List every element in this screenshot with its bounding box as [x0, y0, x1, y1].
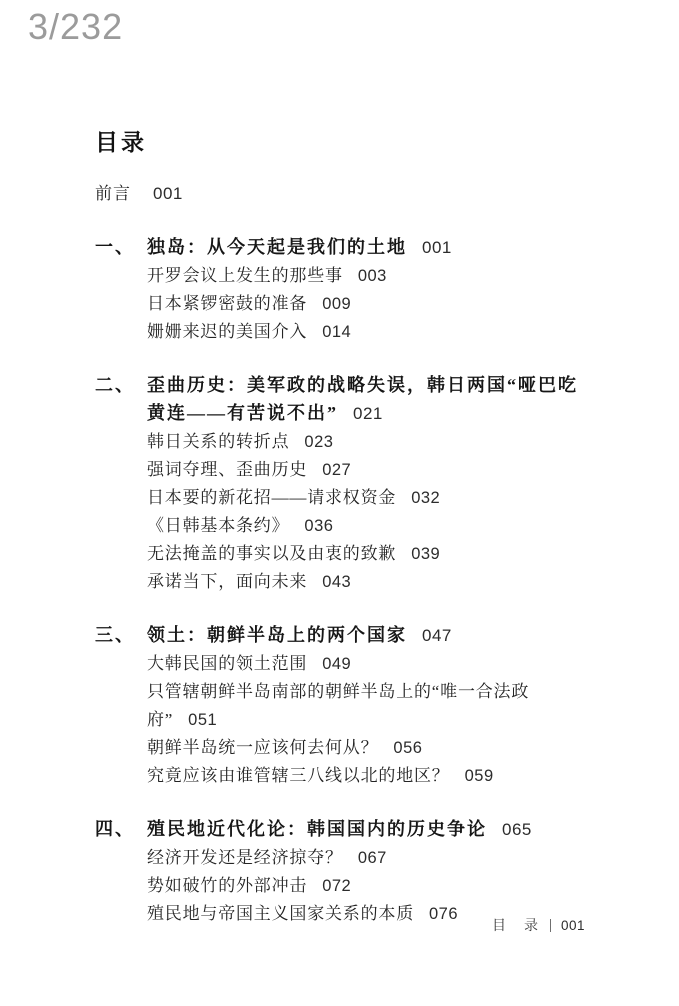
footer-running-title: 目 录 [492, 915, 540, 935]
toc-item: 无法掩盖的事实以及由衷的致歉039 [147, 540, 589, 568]
toc-item-page-number: 039 [411, 545, 440, 563]
toc-item-label: 经济开发还是经济掠夺？ [147, 848, 343, 867]
toc-section: 四、殖民地近代化论：韩国国内的历史争论065经济开发还是经济掠夺？067势如破竹… [95, 815, 589, 928]
toc-item-label: 究竟应该由谁管辖三八线以北的地区？ [147, 766, 450, 785]
section-item-list: 韩日关系的转折点023强词夺理、歪曲历史027日本要的新花招——请求权资金032… [95, 428, 589, 596]
toc-item: 大韩民国的领土范围049 [147, 650, 589, 678]
section-number: 一、 [95, 233, 147, 261]
toc-item: 承诺当下，面向未来043 [147, 568, 589, 596]
toc-item: 只管辖朝鲜半岛南部的朝鲜半岛上的“唯一合法政府”051 [147, 678, 589, 734]
toc-item-page-number: 076 [429, 905, 458, 923]
footer-divider [550, 919, 551, 932]
toc-item: 强词夺理、歪曲历史027 [147, 456, 589, 484]
toc-item: 日本紧锣密鼓的准备009 [147, 290, 589, 318]
toc-item: 开罗会议上发生的那些事003 [147, 262, 589, 290]
toc-item-page-number: 049 [322, 655, 351, 673]
section-title: 独岛：从今天起是我们的土地001 [147, 233, 589, 262]
toc-item-page-number: 051 [188, 711, 217, 729]
toc-item-label: 强词夺理、歪曲历史 [147, 460, 307, 479]
section-header: 一、独岛：从今天起是我们的土地001 [95, 233, 589, 262]
section-header: 三、领土：朝鲜半岛上的两个国家047 [95, 621, 589, 650]
page-footer: 目 录 001 [492, 915, 585, 935]
preface-page-number: 001 [153, 184, 183, 203]
toc-item: 经济开发还是经济掠夺？067 [147, 844, 589, 872]
toc-item-label: 大韩民国的领土范围 [147, 654, 307, 673]
section-number: 三、 [95, 621, 147, 649]
section-item-list: 开罗会议上发生的那些事003日本紧锣密鼓的准备009姗姗来迟的美国介入014 [95, 262, 589, 346]
footer-page-number: 001 [561, 918, 585, 933]
section-number: 四、 [95, 815, 147, 843]
section-item-list: 大韩民国的领土范围049只管辖朝鲜半岛南部的朝鲜半岛上的“唯一合法政府”051朝… [95, 650, 589, 790]
toc-item-page-number: 014 [322, 323, 351, 341]
toc-item-page-number: 027 [322, 461, 351, 479]
toc-item: 《日韩基本条约》036 [147, 512, 589, 540]
toc-item-page-number: 009 [322, 295, 351, 313]
toc-item-label: 日本要的新花招——请求权资金 [147, 488, 396, 507]
toc-item-label: 朝鲜半岛统一应该何去何从？ [147, 738, 378, 757]
toc-item-page-number: 036 [304, 517, 333, 535]
toc-item: 究竟应该由谁管辖三八线以北的地区？059 [147, 762, 589, 790]
toc-item-page-number: 023 [304, 433, 333, 451]
toc-item: 朝鲜半岛统一应该何去何从？056 [147, 734, 589, 762]
toc-item-label: 韩日关系的转折点 [147, 432, 289, 451]
preface-row: 前言001 [95, 180, 589, 208]
toc-item-page-number: 043 [322, 573, 351, 591]
preface-label: 前言 [95, 184, 131, 203]
toc-section: 二、歪曲历史：美军政的战略失误，韩日两国“哑巴吃黄连——有苦说不出”021韩日关… [95, 371, 589, 596]
toc-section: 三、领土：朝鲜半岛上的两个国家047大韩民国的领土范围049只管辖朝鲜半岛南部的… [95, 621, 589, 790]
toc-item-label: 无法掩盖的事实以及由衷的致歉 [147, 544, 396, 563]
toc-item: 势如破竹的外部冲击072 [147, 872, 589, 900]
section-page-number: 065 [502, 820, 532, 839]
toc-page-title: 目录 [95, 130, 589, 154]
toc-section: 一、独岛：从今天起是我们的土地001开罗会议上发生的那些事003日本紧锣密鼓的准… [95, 233, 589, 346]
reader-page: { "page_indicator": "3/232", "colors": {… [0, 0, 679, 1006]
toc-item-page-number: 067 [358, 849, 387, 867]
toc-item: 韩日关系的转折点023 [147, 428, 589, 456]
section-page-number: 021 [353, 404, 383, 423]
section-header: 二、歪曲历史：美军政的战略失误，韩日两国“哑巴吃黄连——有苦说不出”021 [95, 371, 589, 428]
toc-page-content: 目录 前言001 一、独岛：从今天起是我们的土地001开罗会议上发生的那些事00… [95, 0, 589, 928]
section-number: 二、 [95, 371, 147, 399]
toc-item: 日本要的新花招——请求权资金032 [147, 484, 589, 512]
toc-item-label: 日本紧锣密鼓的准备 [147, 294, 307, 313]
toc-sections: 一、独岛：从今天起是我们的土地001开罗会议上发生的那些事003日本紧锣密鼓的准… [95, 233, 589, 928]
toc-item: 姗姗来迟的美国介入014 [147, 318, 589, 346]
section-title: 殖民地近代化论：韩国国内的历史争论065 [147, 815, 589, 844]
section-page-number: 001 [422, 238, 452, 257]
toc-item-label: 《日韩基本条约》 [147, 516, 289, 535]
toc-item-page-number: 032 [411, 489, 440, 507]
toc-item-label: 姗姗来迟的美国介入 [147, 322, 307, 341]
toc-item-label: 势如破竹的外部冲击 [147, 876, 307, 895]
toc-item-page-number: 056 [393, 739, 422, 757]
toc-item-label: 殖民地与帝国主义国家关系的本质 [147, 904, 414, 923]
section-page-number: 047 [422, 626, 452, 645]
toc-item-page-number: 003 [358, 267, 387, 285]
toc-item-page-number: 059 [465, 767, 494, 785]
toc-item-label: 承诺当下，面向未来 [147, 572, 307, 591]
section-header: 四、殖民地近代化论：韩国国内的历史争论065 [95, 815, 589, 844]
section-title: 歪曲历史：美军政的战略失误，韩日两国“哑巴吃黄连——有苦说不出”021 [147, 371, 589, 428]
toc-item-page-number: 072 [322, 877, 351, 895]
toc-item-label: 开罗会议上发生的那些事 [147, 266, 343, 285]
section-title: 领土：朝鲜半岛上的两个国家047 [147, 621, 589, 650]
